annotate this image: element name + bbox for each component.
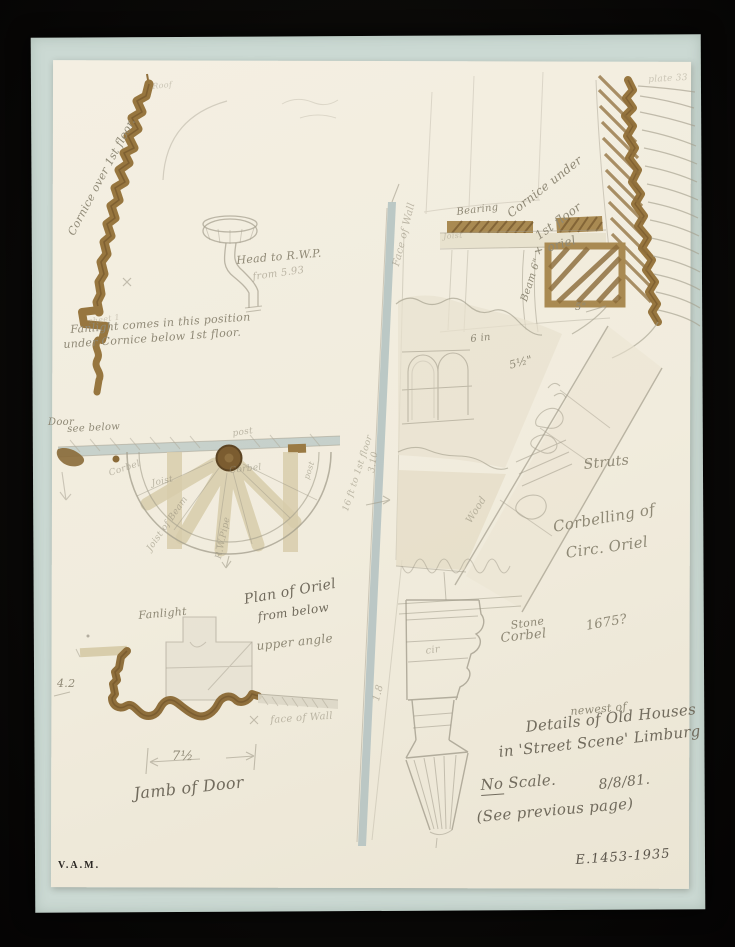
vam-stamp: V.A.M. — [58, 860, 100, 871]
photograph-of-drawing: { "colors": { "background": "#0b0a08", "… — [0, 0, 735, 947]
stone-corbel-drawing — [406, 572, 484, 848]
annotation-joist-right: Joist — [443, 232, 463, 241]
annotation-scale-word: Scale. — [508, 771, 557, 792]
annotation-cir: cir — [425, 645, 441, 657]
annotation-dim-5: 5" — [575, 303, 587, 313]
annotation-no-word: No — [480, 774, 504, 796]
oriel-plan-drawing — [57, 434, 340, 568]
annotation-dim-4-2: 4.2 — [57, 678, 75, 689]
annotation-dim-7-half: 7½ — [172, 750, 193, 763]
wall-section-strip-drawing — [357, 184, 404, 846]
annotation-dim-6in: 6 in — [470, 333, 491, 345]
